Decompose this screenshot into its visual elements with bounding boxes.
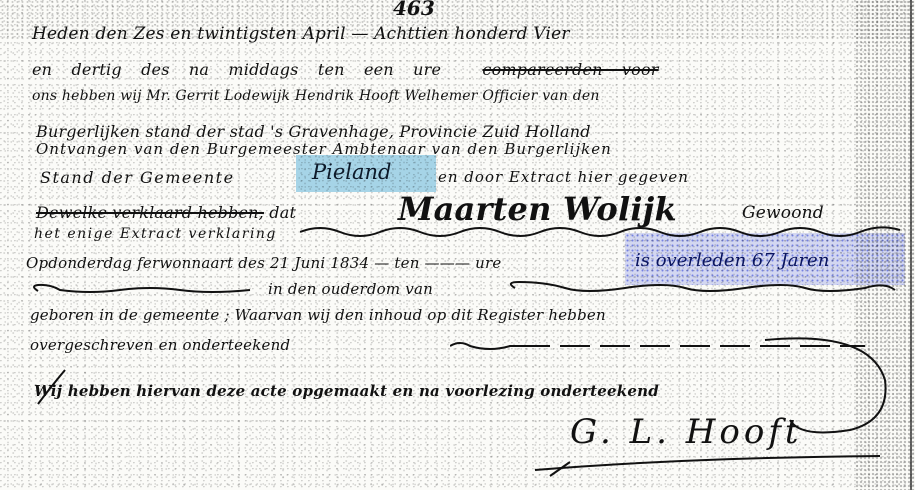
record-line-10: in den ouderdom van bbox=[268, 280, 433, 298]
record-line-13: Wij hebben hiervan deze acte opgemaakt e… bbox=[34, 382, 659, 400]
record-line-12: overgeschreven en onderteekend bbox=[30, 336, 290, 354]
highlighted-death-statement: is overleden 67 Jaren bbox=[635, 250, 829, 271]
record-line-11: geboren in de gemeente ; Waarvan wij den… bbox=[30, 306, 606, 324]
record-line-8: het enige Extract verklaring bbox=[34, 226, 277, 242]
record-line-3: ons hebben wij Mr. Gerrit Lodewijk Hendr… bbox=[32, 88, 600, 104]
record-line-7: Dewelke verklaard hebben, dat bbox=[36, 203, 296, 222]
record-line-7-dat: dat bbox=[269, 203, 296, 222]
record-line-6: Stand der Gemeente bbox=[40, 168, 235, 187]
page-edge-line bbox=[910, 0, 912, 490]
highlighted-place-name: Pieland bbox=[312, 160, 391, 184]
wavy-filler-line-2 bbox=[30, 282, 270, 300]
signature-underline bbox=[530, 448, 890, 478]
struck-text-dewelke: Dewelke verklaard hebben, bbox=[36, 203, 264, 222]
record-line-2: en dertig des na middags ten een ure com… bbox=[32, 60, 659, 79]
official-signature: G. L. Hooft bbox=[570, 412, 803, 452]
record-line-4: Burgerlijken stand der stad 's Gravenhag… bbox=[36, 122, 591, 141]
flourish-w bbox=[30, 368, 70, 408]
struck-text-compareerden: compareerden voor bbox=[482, 60, 658, 79]
record-line-6-continuation: en door Extract hier gegeven bbox=[438, 168, 689, 186]
record-line-9: Opdonderdag ferwonnaart des 21 Juni 1834… bbox=[26, 254, 501, 272]
page-number: 463 bbox=[393, 0, 435, 20]
record-line-1: Heden den Zes en twintigsten April — Ach… bbox=[32, 24, 570, 44]
record-line-7-trailing: Gewoond bbox=[742, 203, 824, 223]
wavy-filler-line-3 bbox=[505, 278, 905, 300]
record-line-2-text: en dertig des na middags ten een ure bbox=[32, 60, 441, 79]
scanned-document-page: 463 Heden den Zes en twintigsten April —… bbox=[0, 0, 915, 490]
